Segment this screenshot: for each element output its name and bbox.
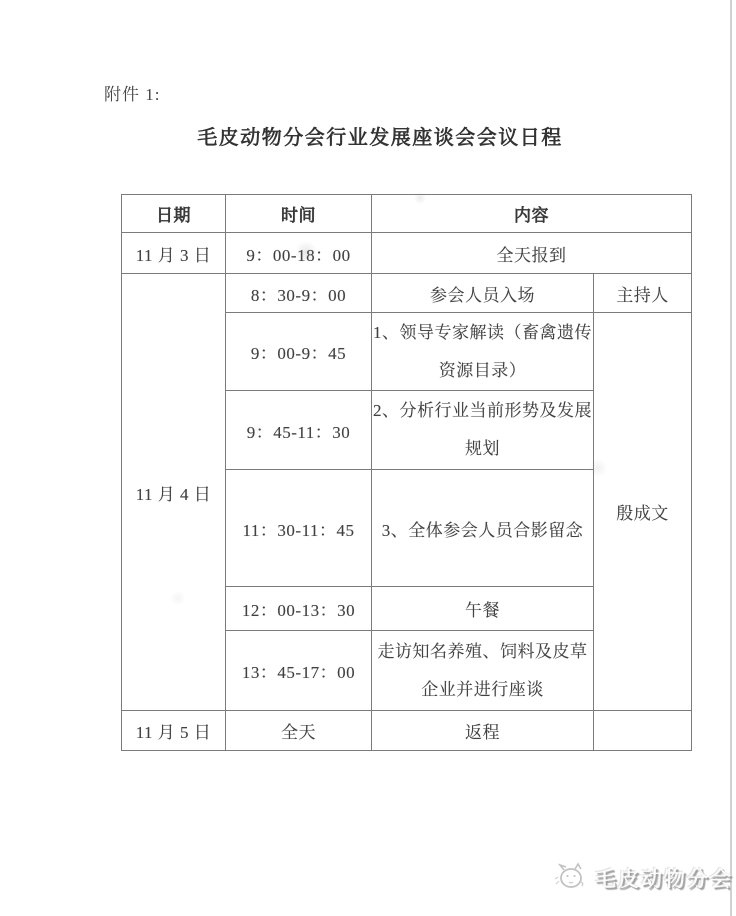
cell-time: 13：45-17：00 [226, 631, 372, 711]
cell-date-nov5: 11 月 5 日 [122, 711, 226, 751]
cell-time: 全天 [226, 711, 372, 751]
cell-time: 9：45-11：30 [226, 391, 372, 470]
header-cell-content: 内容 [372, 195, 692, 233]
cell-time: 12：00-13：30 [226, 587, 372, 631]
cell-host-header: 主持人 [594, 274, 692, 313]
cell-content: 走访知名养殖、饲料及皮草企业并进行座谈 [372, 631, 594, 711]
cell-content: 参会人员入场 [372, 274, 594, 313]
cell-time: 9：00-9：45 [226, 313, 372, 391]
cell-time: 9：00-18：00 [226, 233, 372, 274]
cell-content: 午餐 [372, 587, 594, 631]
header-cell-date: 日期 [122, 195, 226, 233]
cell-time: 11：30-11：45 [226, 470, 372, 587]
cell-host-name: 殷成文 [594, 313, 692, 711]
cell-content: 3、全体参会人员合影留念 [372, 470, 594, 587]
footer-brand-text: 毛皮动物分会 [595, 863, 733, 893]
table-row: 11 月 4 日 8：30-9：00 参会人员入场 主持人 [122, 274, 692, 313]
cell-host-empty [594, 711, 692, 751]
table-header-row: 日期 时间 内容 [122, 195, 692, 233]
cell-content: 返程 [372, 711, 594, 751]
fur-animal-logo-icon [554, 861, 588, 895]
header-cell-time: 时间 [226, 195, 372, 233]
table-row: 11 月 5 日 全天 返程 [122, 711, 692, 751]
cell-content: 2、分析行业当前形势及发展规划 [372, 391, 594, 470]
footer-watermark: 毛皮动物分会 [554, 861, 733, 895]
table-row: 11 月 3 日 9：00-18：00 全天报到 [122, 233, 692, 274]
attachment-label: 附件 1: [104, 80, 160, 105]
cell-content: 全天报到 [372, 233, 692, 274]
cell-time: 8：30-9：00 [226, 274, 372, 313]
schedule-table: 日期 时间 内容 11 月 3 日 9：00-18：00 全天报到 11 月 4… [121, 194, 692, 751]
cell-date-nov3: 11 月 3 日 [122, 233, 226, 274]
scanned-document-page: 附件 1: 毛皮动物分会行业发展座谈会会议日程 日期 时间 内容 11 月 3 … [0, 0, 736, 916]
document-title: 毛皮动物分会行业发展座谈会会议日程 [24, 121, 736, 150]
cell-date-nov4: 11 月 4 日 [122, 274, 226, 711]
scan-edge-line [730, 0, 732, 916]
cell-content: 1、领导专家解读（畜禽遗传资源目录） [372, 313, 594, 391]
